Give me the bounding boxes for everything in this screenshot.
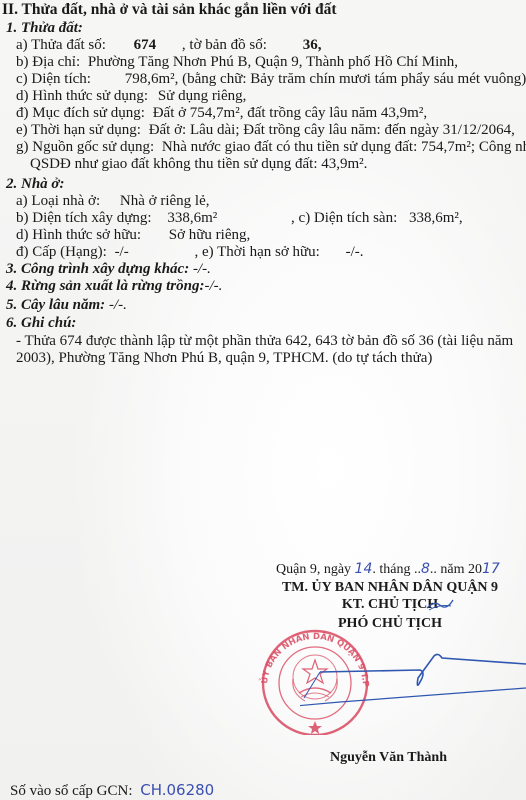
ownership-term-value: -/-. [346, 244, 364, 260]
house-type-value: Nhà ở riêng lẻ, [120, 193, 210, 209]
use-form-label: d) Hình thức sử dụng: [16, 88, 148, 104]
role-acting-chairman: KT. CHỦ TỊCH [270, 597, 510, 613]
map-sheet-label: , tờ bản đồ số: [182, 37, 267, 53]
purpose-label: đ) Mục đích sử dụng: [16, 105, 145, 121]
perennial-value: -/-. [105, 297, 127, 313]
use-form-value: Sử dụng riêng, [158, 88, 247, 104]
land-heading: 1. Thửa đất: [6, 20, 83, 37]
origin-value-2: QSDĐ như giao đất không thu tiền sử dụng… [30, 156, 367, 173]
ownership-label: d) Hình thức sở hữu: [16, 227, 141, 243]
registry-label: Số vào sổ cấp GCN: [10, 783, 133, 799]
other-construction-heading: 3. Công trình xây dựng khác: [6, 261, 189, 277]
address-label: b) Địa chỉ: [16, 54, 80, 70]
other-construction-row: 3. Công trình xây dựng khác: -/-. [6, 261, 211, 278]
area-value: 798,6m², (bằng chữ: Bảy trăm chín mươi t… [125, 71, 526, 87]
date-year: 17 [482, 561, 500, 577]
house-type-label: a) Loại nhà ở: [16, 193, 100, 209]
date-day: 14 [355, 561, 373, 577]
section-title: II. Thửa đất, nhà ở và tài sản khác gắn … [2, 1, 337, 18]
notes-heading: 6. Ghi chú: [6, 315, 76, 332]
date-month: 8 [421, 561, 430, 577]
address-row: b) Địa chỉ: Phường Tăng Nhơn Phú B, Quận… [16, 54, 458, 71]
house-heading: 2. Nhà ở: [6, 176, 64, 193]
parcel-row: a) Thửa đất số: 674 , tờ bản đồ số: 36, [16, 37, 321, 54]
origin-row: g) Nguồn gốc sử dụng: Nhà nước giao đất … [16, 139, 526, 156]
built-area-label: b) Diện tích xây dựng: [16, 210, 152, 226]
initial-mark-icon [425, 598, 455, 612]
use-form-row: d) Hình thức sử dụng: Sử dụng riêng, [16, 88, 246, 105]
signature-icon [300, 650, 526, 710]
purpose-row: đ) Mục đích sử dụng: Đất ở 754,7m², đất … [16, 105, 427, 122]
notes-line-1: - Thửa 674 được thành lập từ một phần th… [16, 333, 513, 350]
perennial-row: 5. Cây lâu năm: -/-. [6, 297, 127, 314]
registry-number: CH.06280 [140, 781, 214, 799]
registry-row: Số vào sổ cấp GCN: CH.06280 [10, 782, 214, 800]
certificate-page: II. Thửa đất, nhà ở và tài sản khác gắn … [0, 0, 526, 800]
forest-heading: 4. Rừng sản xuất là rừng trồng: [6, 278, 204, 294]
date-prefix: Quận 9, ngày [276, 562, 351, 577]
parcel-label: a) Thửa đất số: [16, 37, 106, 53]
parcel-number: 674 [134, 37, 157, 53]
purpose-value: Đất ở 754,7m², đất trồng cây lâu năm 43,… [153, 105, 427, 121]
floor-area-label: , c) Diện tích sàn: [291, 210, 397, 226]
house-type-row: a) Loại nhà ở: Nhà ở riêng lẻ, [16, 193, 209, 210]
signer-name: Nguyễn Văn Thành [330, 749, 447, 766]
origin-label: g) Nguồn gốc sử dụng: [16, 139, 154, 155]
area-label: c) Diện tích: [16, 71, 91, 87]
ownership-value: Sở hữu riêng, [169, 227, 250, 243]
authority-title: TM. ỦY BAN NHÂN DÂN QUẬN 9 [270, 580, 510, 596]
date-year-label: năm 20 [440, 562, 482, 577]
built-area-row: b) Diện tích xây dựng: 338,6m² , c) Diện… [16, 210, 463, 227]
forest-value: -/-. [204, 278, 222, 294]
built-area-value: 338,6m² [167, 210, 217, 226]
ownership-term-label: , e) Thời hạn sở hữu: [194, 244, 319, 260]
address-value: Phường Tăng Nhơn Phú B, Quận 9, Thành ph… [88, 54, 458, 70]
area-row: c) Diện tích: 798,6m², (bằng chữ: Bảy tr… [16, 71, 526, 88]
notes-line-2: 2003), Phường Tăng Nhơn Phú B, quận 9, T… [16, 350, 432, 367]
forest-row: 4. Rừng sản xuất là rừng trồng:-/-. [6, 278, 222, 295]
floor-area-value: 338,6m², [409, 210, 463, 226]
grade-label: đ) Cấp (Hạng): [16, 244, 107, 260]
date-month-label: tháng [379, 562, 410, 577]
grade-value: -/- [115, 244, 129, 260]
term-value: Đất ở: Lâu dài; Đất trồng cây lâu năm: đ… [149, 122, 515, 138]
origin-value-1: Nhà nước giao đất có thu tiền sử dụng đấ… [162, 139, 526, 155]
ownership-row: d) Hình thức sở hữu: Sở hữu riêng, [16, 227, 250, 244]
term-label: e) Thời hạn sử dụng: [16, 122, 141, 138]
other-construction-value: -/-. [189, 261, 211, 277]
grade-row: đ) Cấp (Hạng): -/- , e) Thời hạn sở hữu:… [16, 244, 364, 261]
perennial-heading: 5. Cây lâu năm: [6, 297, 105, 313]
map-sheet-number: 36, [303, 37, 322, 53]
term-row: e) Thời hạn sử dụng: Đất ở: Lâu dài; Đất… [16, 122, 515, 139]
signing-date: Quận 9, ngày 14. tháng ..8.. năm 2017 [276, 561, 500, 578]
